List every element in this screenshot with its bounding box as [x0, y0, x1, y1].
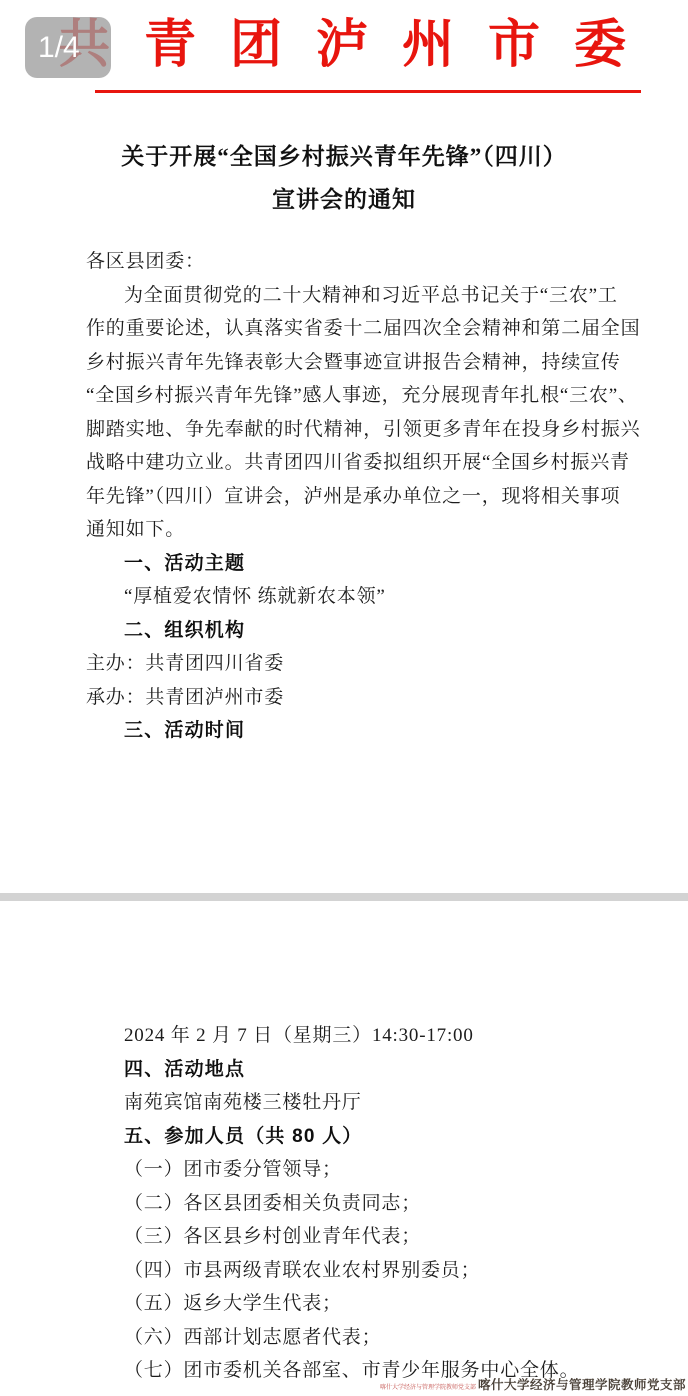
participant-item: （三）各区县乡村创业青年代表； — [86, 1220, 642, 1254]
theme-line: “厚植爱农情怀 练就新农本领” — [86, 580, 642, 614]
watermark-bottom: 喀什大学经济与管理学院教师党支部 喀什大学经济与管理学院教师党支部 — [380, 1377, 686, 1393]
intro-line: 战略中建功立业。共青团四川省委拟组织开展“全国乡村振兴青 — [86, 446, 642, 480]
participant-item: （四）市县两级青联农业农村界别委员； — [86, 1254, 642, 1288]
watermark-org-text: 喀什大学经济与管理学院教师党支部 — [478, 1377, 686, 1393]
letterhead-org-title: 共青团泸州市委 — [58, 10, 660, 82]
page-separator-band — [0, 893, 688, 901]
salutation: 各区县团委： — [86, 245, 642, 279]
intro-line: 年先锋”（四川）宣讲会，泸州是承办单位之一，现将相关事项 — [86, 480, 642, 514]
intro-line: 作的重要论述，认真落实省委十二届四次全会精神和第二届全国 — [86, 312, 642, 346]
doc-title-line2: 宣讲会的通知 — [0, 178, 688, 221]
intro-line: “全国乡村振兴青年先锋”感人事迹，充分展现青年扎根“三农”、 — [86, 379, 642, 413]
page-indicator-label: 1/4 — [25, 33, 80, 63]
page1-body: 各区县团委： 为全面贯彻党的二十大精神和习近平总书记关于“三农”工 作的重要论述… — [86, 245, 642, 748]
doc-title-line1: 关于开展“全国乡村振兴青年先锋”（四川） — [0, 135, 688, 178]
event-location-line: 南苑宾馆南苑楼三楼牡丹厅 — [86, 1086, 642, 1120]
page2-body: 2024 年 2 月 7 日（星期三）14:30-17:00 四、活动地点 南苑… — [86, 1019, 642, 1388]
doc-title: 关于开展“全国乡村振兴青年先锋”（四川） 宣讲会的通知 — [0, 135, 688, 221]
organizer-line: 主办：共青团四川省委 — [86, 647, 642, 681]
page-indicator-badge: 1/4 — [25, 17, 111, 78]
undertaker-line: 承办：共青团泸州市委 — [86, 681, 642, 715]
participant-item: （五）返乡大学生代表； — [86, 1287, 642, 1321]
participant-item: （一）团市委分管领导； — [86, 1153, 642, 1187]
participant-item: （二）各区县团委相关负责同志； — [86, 1187, 642, 1221]
document-page: 共青团泸州市委 1/4 关于开展“全国乡村振兴青年先锋”（四川） 宣讲会的通知 … — [0, 0, 688, 1396]
intro-line: 乡村振兴青年先锋表彰大会暨事迹宣讲报告会精神，持续宣传 — [86, 346, 642, 380]
section-heading-location: 四、活动地点 — [86, 1053, 642, 1087]
watermark-tiny-red-text: 喀什大学经济与管理学院教师党支部 — [380, 1383, 476, 1393]
letterhead-divider — [95, 90, 641, 93]
section-heading-theme: 一、活动主题 — [86, 547, 642, 581]
intro-line: 脚踏实地、争先奉献的时代精神，引领更多青年在投身乡村振兴 — [86, 413, 642, 447]
section-heading-participants: 五、参加人员（共 80 人） — [86, 1120, 642, 1154]
intro-line: 为全面贯彻党的二十大精神和习近平总书记关于“三农”工 — [86, 279, 642, 313]
section-heading-time: 三、活动时间 — [86, 714, 642, 748]
event-time-line: 2024 年 2 月 7 日（星期三）14:30-17:00 — [86, 1019, 642, 1053]
section-heading-organization: 二、组织机构 — [86, 614, 642, 648]
intro-line: 通知如下。 — [86, 513, 642, 547]
participant-item: （六）西部计划志愿者代表； — [86, 1321, 642, 1355]
